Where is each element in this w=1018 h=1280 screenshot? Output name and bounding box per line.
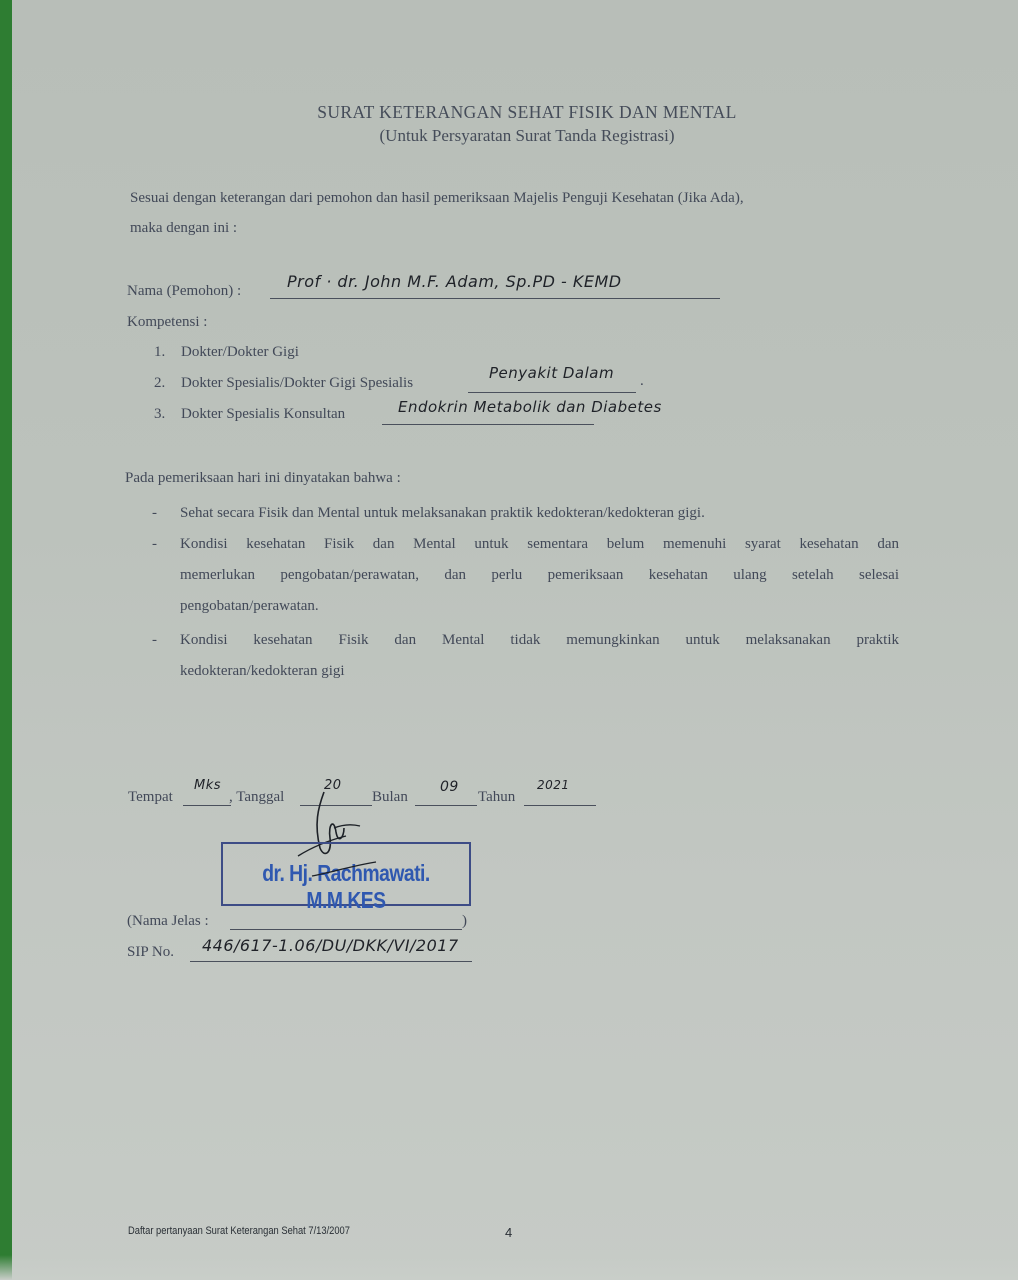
competence-num-2: 2. <box>154 375 165 392</box>
page-number: 4 <box>505 1225 512 1240</box>
document-subtitle: (Untuk Persyaratan Surat Tanda Registras… <box>12 126 1018 146</box>
statement-1-line-1: Sehat secara Fisik dan Mental untuk mela… <box>180 505 705 522</box>
competence-num-1: 1. <box>154 344 165 361</box>
year-label: Tahun <box>478 789 515 806</box>
year-line <box>524 805 596 806</box>
competence-label: Kompetensi : <box>127 314 207 331</box>
sip-label: SIP No. <box>127 944 174 961</box>
signer-name-label: (Nama Jelas : <box>127 913 209 930</box>
competence-line-3 <box>382 424 594 425</box>
exam-label: Pada pemeriksaan hari ini dinyatakan bah… <box>125 470 401 487</box>
bullet-2: - <box>152 536 157 553</box>
competence-value-2[interactable]: Penyakit Dalam <box>489 364 614 382</box>
intro-line-1: Sesuai dengan keterangan dari pemohon da… <box>130 190 744 207</box>
signer-name-close: ) <box>462 913 467 930</box>
statement-3-line-1: Kondisi kesehatan Fisik dan Mental tidak… <box>180 632 899 649</box>
applicant-line <box>270 298 720 299</box>
competence-line-2 <box>468 392 636 393</box>
statement-2-line-3: pengobatan/perawatan. <box>180 598 319 615</box>
bullet-1: - <box>152 505 157 522</box>
signer-name-line <box>230 929 462 930</box>
competence-num-3: 3. <box>154 406 165 423</box>
bullet-3: - <box>152 632 157 649</box>
date-label: , Tanggal <box>229 789 284 806</box>
place-value[interactable]: Mks <box>194 778 221 793</box>
document-page: SURAT KETERANGAN SEHAT FISIK DAN MENTAL … <box>12 0 1018 1280</box>
competence-item-1: Dokter/Dokter Gigi <box>181 344 299 361</box>
statement-2-line-2: memerlukan pengobatan/perawatan, dan per… <box>180 567 899 584</box>
competence-item-2: Dokter Spesialis/Dokter Gigi Spesialis <box>181 375 413 392</box>
place-label: Tempat <box>128 789 173 806</box>
statement-3-line-2: kedokteran/kedokteran gigi <box>180 663 345 680</box>
month-line <box>415 805 477 806</box>
document-title: SURAT KETERANGAN SEHAT FISIK DAN MENTAL <box>12 102 1018 123</box>
footer-text: Daftar pertanyaan Surat Keterangan Sehat… <box>128 1225 350 1237</box>
intro-line-2: maka dengan ini : <box>130 220 237 237</box>
signature-stroke <box>312 860 382 885</box>
competence-item-3: Dokter Spesialis Konsultan <box>181 406 345 423</box>
page-edge-shadow <box>0 1255 1018 1280</box>
year-value[interactable]: 2021 <box>537 778 570 792</box>
applicant-name-value[interactable]: Prof · dr. John M.F. Adam, Sp.PD - KEMD <box>287 272 622 291</box>
applicant-label: Nama (Pemohon) : <box>127 283 241 300</box>
month-value[interactable]: 09 <box>440 779 459 795</box>
sip-line <box>190 961 472 962</box>
place-line <box>183 805 231 806</box>
statement-2-line-1: Kondisi kesehatan Fisik dan Mental untuk… <box>180 536 899 553</box>
sip-value[interactable]: 446/617-1.06/DU/DKK/VI/2017 <box>202 936 459 955</box>
competence-dot: . <box>640 373 644 390</box>
competence-value-3[interactable]: Endokrin Metabolik dan Diabetes <box>398 398 662 416</box>
